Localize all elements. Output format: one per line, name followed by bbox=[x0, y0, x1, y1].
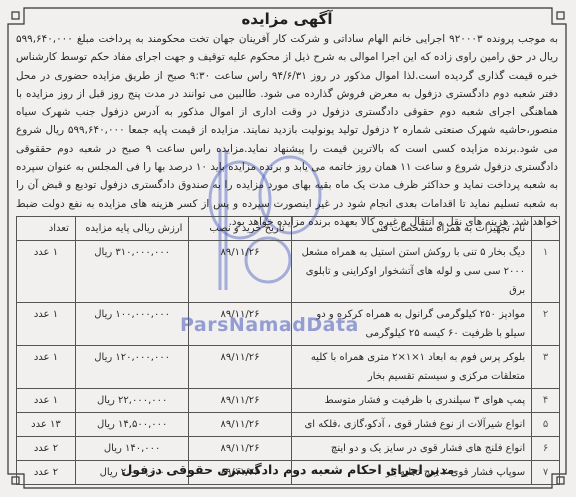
row-price: ۲۲,۰۰۰,۰۰۰ ریال bbox=[75, 389, 189, 413]
auction-notice: آگهی مزایده به موجب پرونده ۹۲۰۰۰۳ اجرایی… bbox=[12, 10, 562, 231]
row-number: ۳ bbox=[532, 346, 560, 389]
row-quantity: ۱ عدد bbox=[17, 389, 76, 413]
header-number bbox=[532, 217, 560, 241]
row-quantity: ۲ عدد bbox=[17, 437, 76, 461]
row-price: ۱۴,۵۰۰,۰۰۰ ریال bbox=[75, 413, 189, 437]
table-row: ۲ موادپز ۲۵۰ کیلوگرمی گرانول به همراه کر… bbox=[17, 303, 560, 346]
row-equipment-name: دیگ بخار ۵ تنی با روکش استن استیل به همر… bbox=[291, 241, 532, 303]
header-quantity: تعداد bbox=[17, 217, 76, 241]
table-row: ۴ پمپ هوای ۳ سیلندری با ظرفیت و فشار متو… bbox=[17, 389, 560, 413]
table-row: ۵ انواع شیرآلات از نوع فشار قوی ، آدکو،گ… bbox=[17, 413, 560, 437]
table-row: ۳ بلوکر پرس فوم به ابعاد ۱×۱×۲ متری همرا… bbox=[17, 346, 560, 389]
header-purchase-date: تاریخ خرید و نصب bbox=[189, 217, 291, 241]
notice-body: به موجب پرونده ۹۲۰۰۰۳ اجرایی خانم الهام … bbox=[16, 30, 558, 231]
row-equipment-name: پمپ هوای ۳ سیلندری با ظرفیت و فشار متوسط bbox=[291, 389, 532, 413]
row-date: ۸۹/۱۱/۲۶ bbox=[189, 346, 291, 389]
row-number: ۱ bbox=[532, 241, 560, 303]
row-price: ۱۴۰,۰۰۰ ریال bbox=[75, 437, 189, 461]
row-date: ۸۹/۱۱/۲۶ bbox=[189, 437, 291, 461]
row-quantity: ۱ عدد bbox=[17, 303, 76, 346]
row-price: ۱۰۰,۰۰۰,۰۰۰ ریال bbox=[75, 303, 189, 346]
row-date: ۸۹/۱۱/۲۶ bbox=[189, 413, 291, 437]
row-equipment-name: بلوکر پرس فوم به ابعاد ۱×۱×۲ متری همراه … bbox=[291, 346, 532, 389]
table-row: ۶ انواع فلنج های فشار قوی در سایز یک و د… bbox=[17, 437, 560, 461]
row-equipment-name: موادپز ۲۵۰ کیلوگرمی گرانول به همراه کرکر… bbox=[291, 303, 532, 346]
signature: مدیر اجرای احکام شعبه دوم دادگستری حقوقی… bbox=[0, 462, 576, 477]
table-row: ۱ دیگ بخار ۵ تنی با روکش استن استیل به ه… bbox=[17, 241, 560, 303]
row-quantity: ۱ عدد bbox=[17, 346, 76, 389]
row-date: ۸۹/۱۱/۲۶ bbox=[189, 389, 291, 413]
row-date: ۸۹/۱۱/۲۶ bbox=[189, 241, 291, 303]
table-header-row: نام تجهیزات به همراه مشخصات فنی تاریخ خر… bbox=[17, 217, 560, 241]
row-quantity: ۱ عدد bbox=[17, 241, 76, 303]
page-title: آگهی مزایده bbox=[12, 10, 562, 28]
row-equipment-name: انواع شیرآلات از نوع فشار قوی ، آدکو،گاز… bbox=[291, 413, 532, 437]
header-base-price: ارزش ریالی پایه مزایده bbox=[75, 217, 189, 241]
row-number: ۶ bbox=[532, 437, 560, 461]
equipment-table: نام تجهیزات به همراه مشخصات فنی تاریخ خر… bbox=[16, 216, 560, 485]
row-quantity: ۱۳ عدد bbox=[17, 413, 76, 437]
row-number: ۴ bbox=[532, 389, 560, 413]
row-number: ۵ bbox=[532, 413, 560, 437]
row-number: ۲ bbox=[532, 303, 560, 346]
header-equipment-name: نام تجهیزات به همراه مشخصات فنی bbox=[291, 217, 532, 241]
row-equipment-name: انواع فلنج های فشار قوی در سایز یک و دو … bbox=[291, 437, 532, 461]
row-price: ۱۲۰,۰۰۰,۰۰۰ ریال bbox=[75, 346, 189, 389]
row-date: ۸۹/۱۱/۲۶ bbox=[189, 303, 291, 346]
row-price: ۳۱۰,۰۰۰,۰۰۰ ریال bbox=[75, 241, 189, 303]
